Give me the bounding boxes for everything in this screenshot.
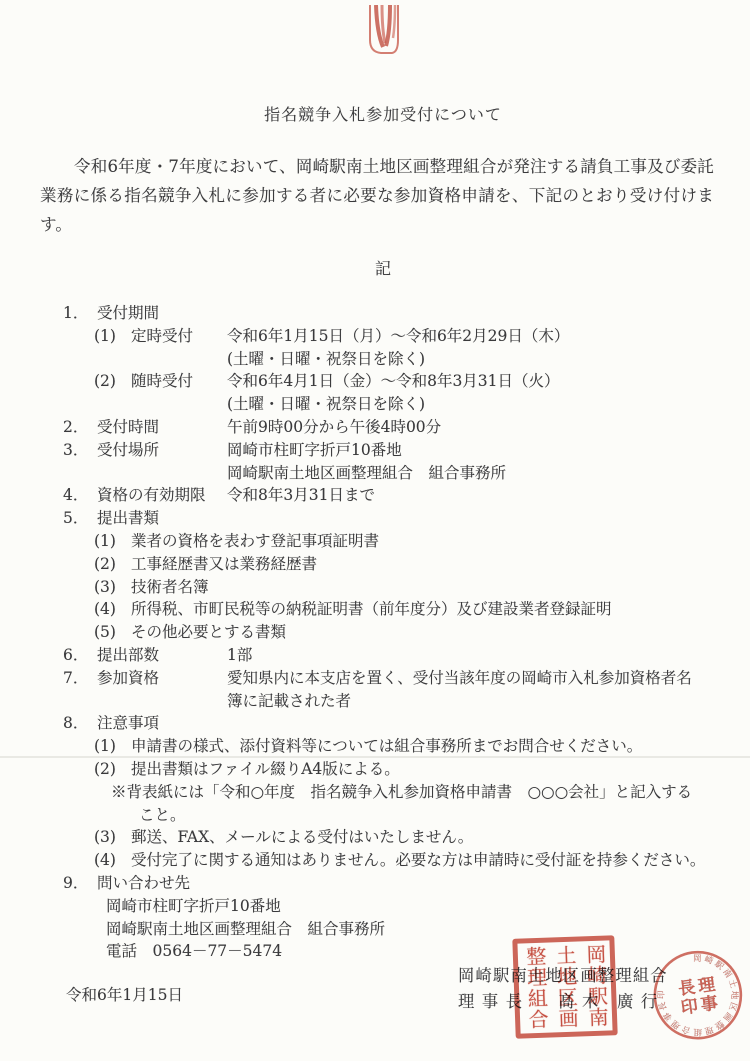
item-number: 2． <box>63 416 97 439</box>
item-label: 問い合わせ先 <box>97 872 190 895</box>
item-6-row: 6． 提出部数 1部 <box>63 644 714 667</box>
round-seal-center-char: 印 <box>680 995 700 1018</box>
subitem-label: 所得税、市町民税等の納税証明書（前年度分）及び建設業者登録証明 <box>131 598 714 621</box>
item-label: 受付時間 <box>97 416 227 439</box>
subitem-number: (2) <box>94 758 131 781</box>
item-number: 9． <box>63 872 97 895</box>
item-8-sub-3: (3) 郵送、FAX、メールによる受付はいたしません。 <box>63 826 714 849</box>
item-1-sub-1: (1) 定時受付 令和6年1月15日（月）～令和6年2月29日（木） <box>63 325 714 348</box>
item-label: 提出部数 <box>97 644 227 667</box>
subitem-value: 令和6年4月1日（金）～令和8年3月31日（火） <box>227 370 714 393</box>
subitem-number: (2) <box>94 553 131 576</box>
item-label: 資格の有効期限 <box>97 484 227 507</box>
contact-address-line2: 岡崎駅南土地区画整理組合 組合事務所 <box>63 918 714 941</box>
item-7-value-line2: 簿に記載された者 <box>63 690 714 713</box>
item-5-heading: 5． 提出書類 <box>63 507 714 530</box>
item-number: 5． <box>63 507 97 530</box>
item-value: 1部 <box>227 644 714 667</box>
subitem-label: 受付完了に関する通知はありません。必要な方は申請時に受付証を持参ください。 <box>131 849 714 872</box>
item-number: 4． <box>63 484 97 507</box>
contact-phone: 電話 0564－77－5474 <box>63 940 714 963</box>
item-4-row: 4． 資格の有効期限 令和8年3月31日まで <box>63 484 714 507</box>
subitem-label: その他必要とする書類 <box>131 621 714 644</box>
round-seal-ring-text: 岡崎駅南土地区画整理組合理事長印 <box>650 948 745 1043</box>
item-number: 6． <box>63 644 97 667</box>
subitem-number: (5) <box>94 621 131 644</box>
item-5-sub-2: (2) 工事経歴書又は業務経歴書 <box>63 553 714 576</box>
subitem-number: (1) <box>94 735 131 758</box>
subitem-label: 技術者名簿 <box>131 576 714 599</box>
subitem-label: 工事経歴書又は業務経歴書 <box>131 553 714 576</box>
item-5-sub-1: (1) 業者の資格を表わす登記事項証明書 <box>63 530 714 553</box>
item-7-row: 7． 参加資格 愛知県内に本支店を置く、受付当該年度の岡崎市入札参加資格者名 <box>63 667 714 690</box>
record-marker: 記 <box>16 256 750 279</box>
item-3-value-line2: 岡崎駅南土地区画整理組合 組合事務所 <box>63 462 714 485</box>
subitem-number: (1) <box>94 325 131 348</box>
subitem-label: 随時受付 <box>131 370 227 393</box>
item-value: 岡崎市柱町字折戸10番地 <box>227 439 714 462</box>
item-label: 提出書類 <box>97 507 159 530</box>
item-2-row: 2． 受付時間 午前9時00分から午後4時00分 <box>63 416 714 439</box>
item-8-sub-2: (2) 提出書類はファイル綴りA4版による。 <box>63 758 714 781</box>
item-label: 参加資格 <box>97 667 227 690</box>
item-number: 1． <box>63 302 97 325</box>
item-8-sub-4: (4) 受付完了に関する通知はありません。必要な方は申請時に受付証を持参ください… <box>63 849 714 872</box>
item-value: 愛知県内に本支店を置く、受付当該年度の岡崎市入札参加資格者名 <box>227 667 714 690</box>
item-number: 7． <box>63 667 97 690</box>
subitem-value: 令和6年1月15日（月）～令和6年2月29日（木） <box>227 325 714 348</box>
item-value: 令和8年3月31日まで <box>227 484 714 507</box>
subitem-number: (4) <box>94 598 131 621</box>
subitem-number: (1) <box>94 530 131 553</box>
items-list: 1． 受付期間 (1) 定時受付 令和6年1月15日（月）～令和6年2月29日（… <box>63 302 714 963</box>
item-number: 8． <box>63 712 97 735</box>
subitem-label: 業者の資格を表わす登記事項証明書 <box>131 530 714 553</box>
item-1-sub-2: (2) 随時受付 令和6年4月1日（金）～令和8年3月31日（火） <box>63 370 714 393</box>
subitem-number: (4) <box>94 849 131 872</box>
item-8-sub-2-note: ※背表紙には「令和○年度 指名競争入札参加資格申請書 ○○○会社」と記入する <box>63 781 714 804</box>
item-5-sub-3: (3) 技術者名簿 <box>63 576 714 599</box>
item-1-heading: 1． 受付期間 <box>63 302 714 325</box>
subitem-label: 提出書類はファイル綴りA4版による。 <box>131 758 714 781</box>
item-number: 3． <box>63 439 97 462</box>
round-seal-center-char: 事 <box>699 993 719 1016</box>
item-8-sub-1: (1) 申請書の様式、添付資料等については組合事務所までお問合せください。 <box>63 735 714 758</box>
item-label: 受付期間 <box>97 302 159 325</box>
subitem-label: 申請書の様式、添付資料等については組合事務所までお問合せください。 <box>131 735 714 758</box>
item-5-sub-4: (4) 所得税、市町民税等の納税証明書（前年度分）及び建設業者登録証明 <box>63 598 714 621</box>
item-value: 午前9時00分から午後4時00分 <box>227 416 714 439</box>
item-8-heading: 8． 注意事項 <box>63 712 714 735</box>
subitem-number: (3) <box>94 576 131 599</box>
item-9-heading: 9． 問い合わせ先 <box>63 872 714 895</box>
scan-artifact-line <box>0 756 750 758</box>
svg-text:岡崎駅南土地区画整理組合理事長印: 岡崎駅南土地区画整理組合理事長印 <box>650 948 745 1043</box>
intro-paragraph: 令和6年度・7年度において、岡崎駅南土地区画整理組合が発注する請負工事及び委託業… <box>40 152 714 239</box>
item-label: 注意事項 <box>97 712 159 735</box>
item-1-sub-1-note: (土曜・日曜・祝祭日を除く) <box>63 348 714 371</box>
document-page: 指名競争入札参加受付について 令和6年度・7年度において、岡崎駅南土地区画整理組… <box>0 0 750 1061</box>
item-3-row: 3． 受付場所 岡崎市柱町字折戸10番地 <box>63 439 714 462</box>
org-square-seal: 岡崎駅南土地区画整理組合 <box>512 935 617 1038</box>
subitem-label: 郵送、FAX、メールによる受付はいたしません。 <box>131 826 714 849</box>
item-5-sub-5: (5) その他必要とする書類 <box>63 621 714 644</box>
contact-address-line1: 岡崎市柱町字折戸10番地 <box>63 895 714 918</box>
item-label: 受付場所 <box>97 439 227 462</box>
subitem-number: (2) <box>94 370 131 393</box>
subitem-number: (3) <box>94 826 131 849</box>
top-partial-seal-icon <box>366 5 400 57</box>
subitem-label: 定時受付 <box>131 325 227 348</box>
chairman-round-seal-icon: 岡崎駅南土地区画整理組合理事長印 理 事 長 印 <box>645 943 750 1049</box>
item-8-sub-2-note-cont: こと。 <box>63 804 714 827</box>
item-1-sub-2-note: (土曜・日曜・祝祭日を除く) <box>63 393 714 416</box>
